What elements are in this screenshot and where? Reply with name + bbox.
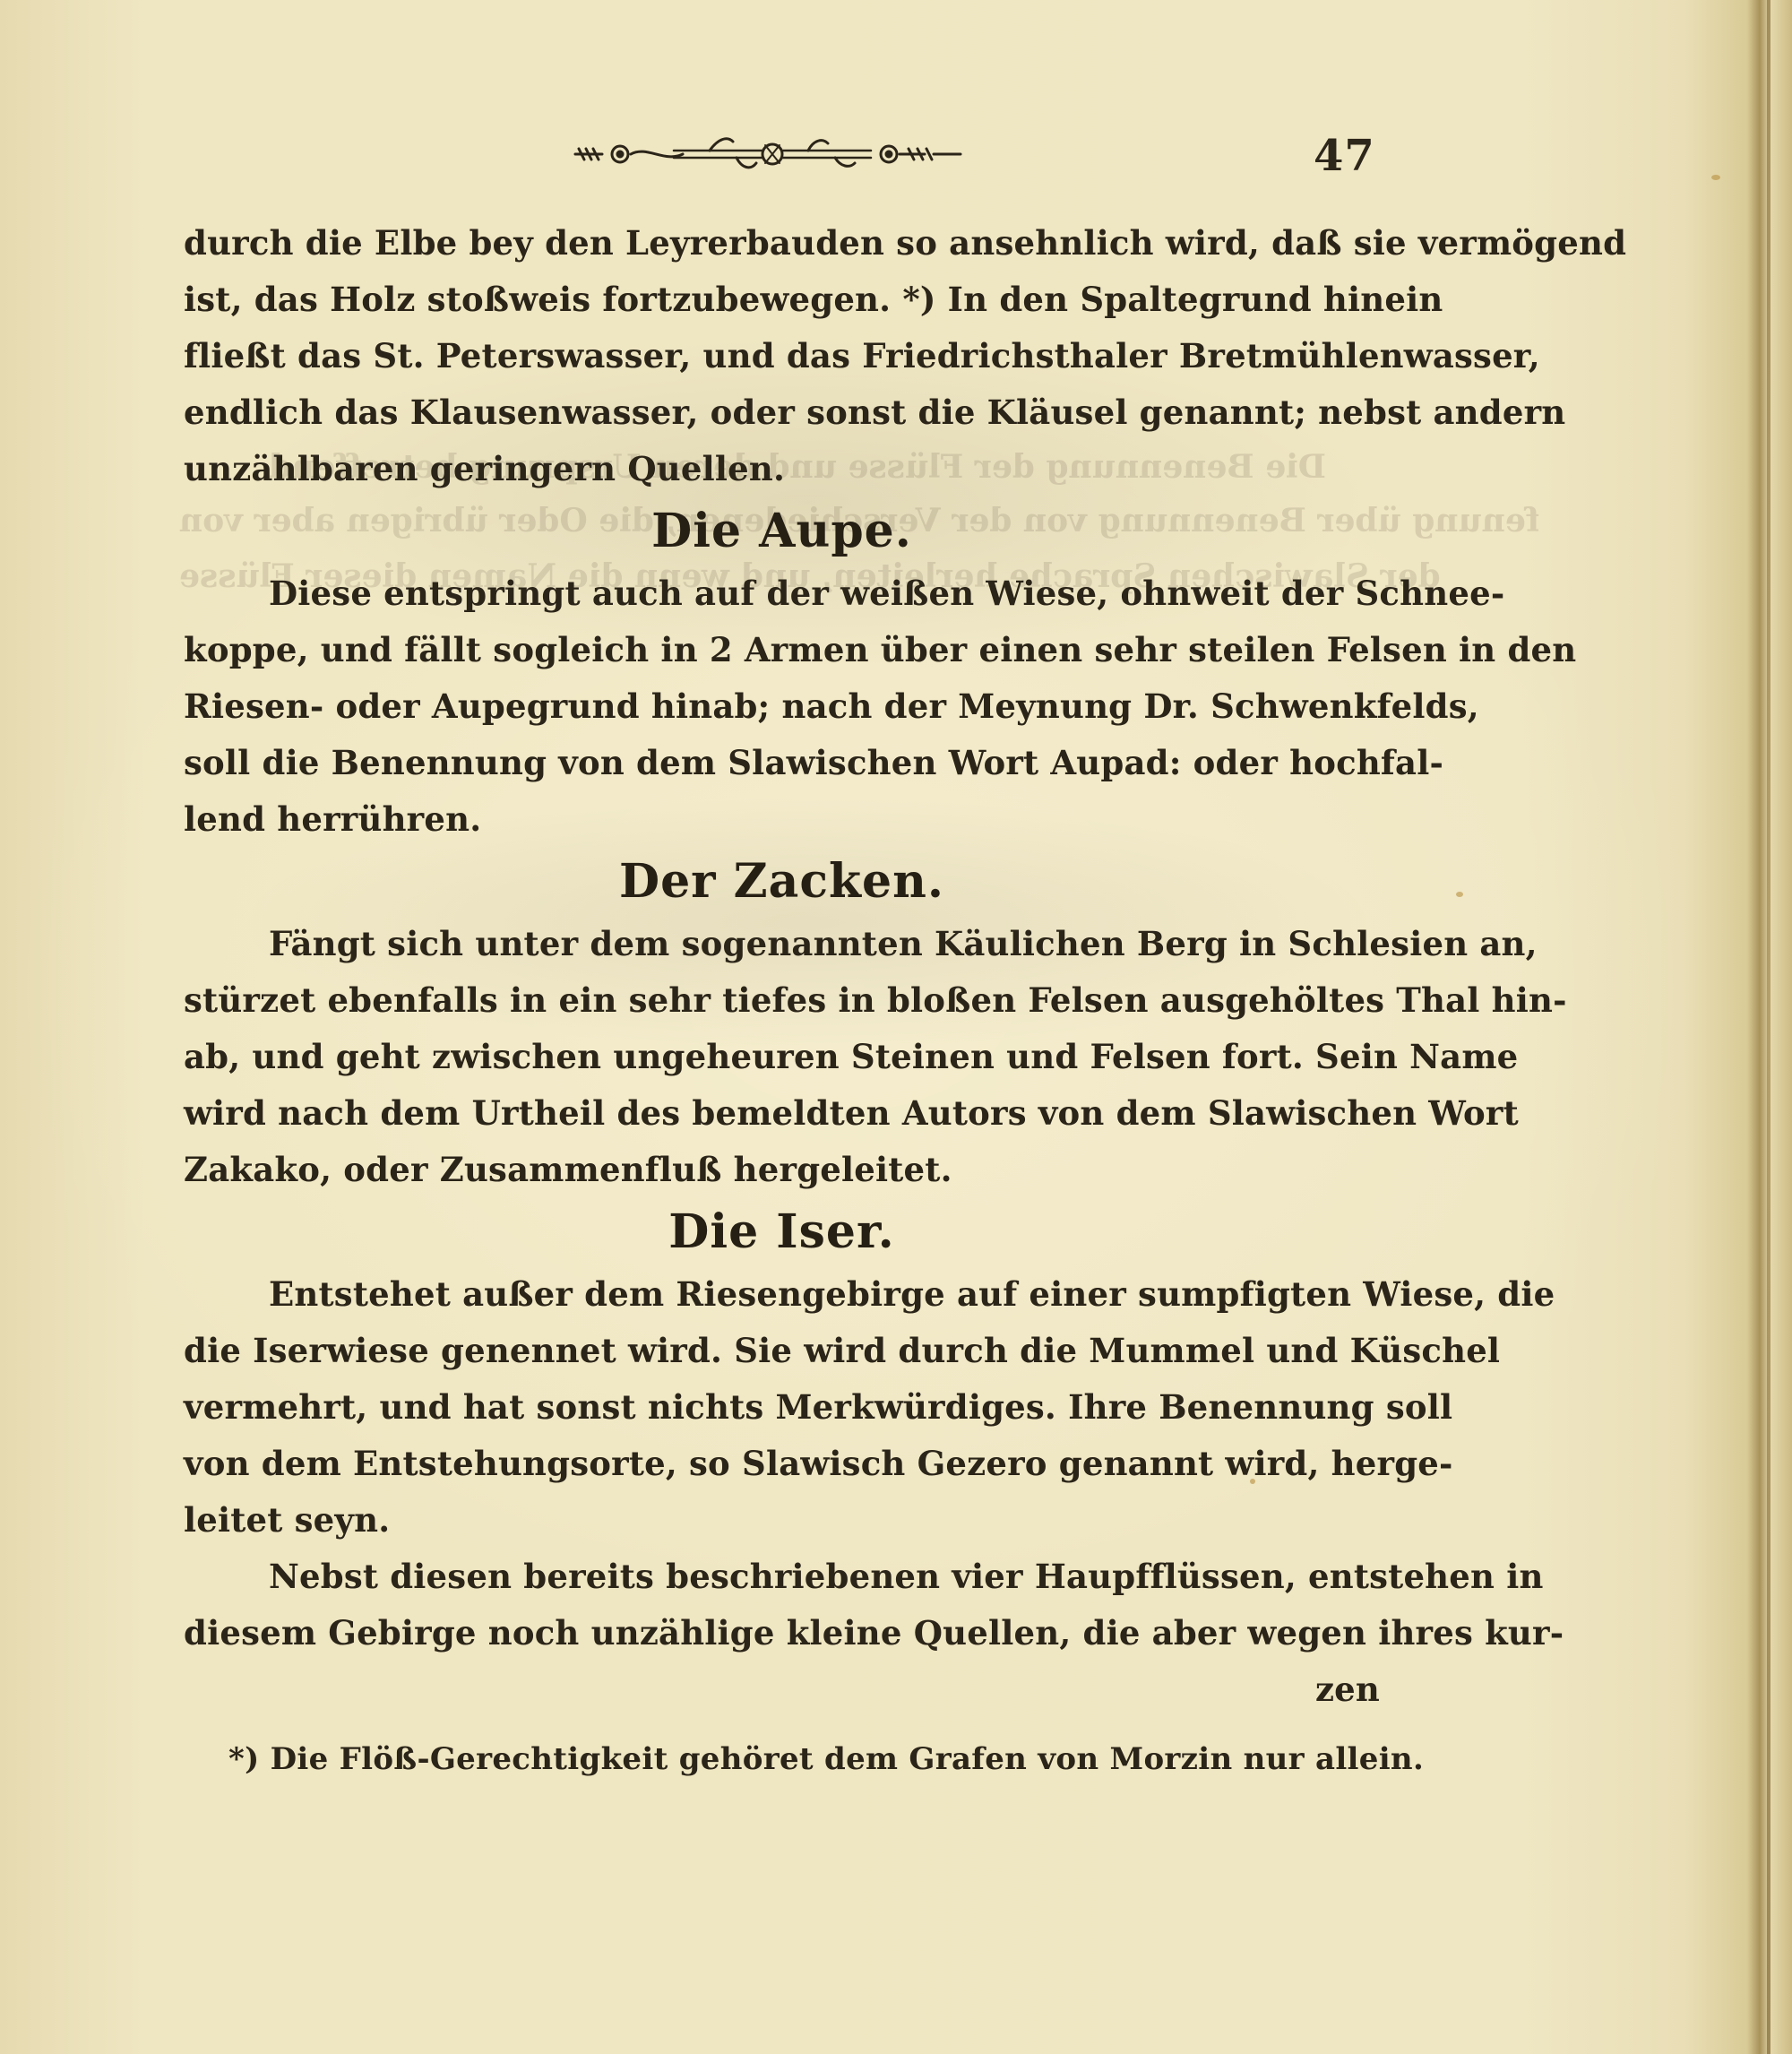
page-header: 47 (0, 125, 1792, 179)
text-line: fließt das St. Peterswasser, und das Fri… (184, 328, 1380, 384)
text-line: Zakako, oder Zusammenfluß hergeleitet. (184, 1142, 1380, 1198)
text-line: unzählbaren geringern Quellen. (184, 441, 1380, 497)
text-line: Diese entspringt auch auf der weißen Wie… (184, 565, 1380, 622)
decorative-vine-ornament-icon (566, 133, 978, 172)
text-line: soll die Benennung von dem Slawischen Wo… (184, 735, 1380, 791)
section-heading-iser: Die Iser. (184, 1198, 1380, 1266)
text-line: Entstehet außer dem Riesengebirge auf ei… (184, 1266, 1380, 1323)
text-line: vermehrt, und hat sonst nichts Merkwürdi… (184, 1379, 1380, 1436)
section-heading-zacken: Der Zacken. (184, 848, 1380, 916)
text-line: diesem Gebirge noch unzählige kleine Que… (184, 1605, 1380, 1661)
text-line: leitet seyn. (184, 1492, 1380, 1549)
text-line: ab, und geht zwischen ungeheuren Steinen… (184, 1029, 1380, 1085)
text-line: koppe, und fällt sogleich in 2 Armen übe… (184, 622, 1380, 678)
text-line: Riesen- oder Aupegrund hinab; nach der M… (184, 678, 1380, 735)
catchword: zen (184, 1661, 1380, 1718)
page-body: durch die Elbe bey den Leyrerbauden so a… (184, 215, 1380, 1718)
section-heading-aupe: Die Aupe. (184, 497, 1380, 565)
text-line: wird nach dem Urtheil des bemeldten Auto… (184, 1085, 1380, 1142)
text-line: lend herrühren. (184, 791, 1380, 848)
page-number: 47 (1314, 131, 1375, 181)
text-line: durch die Elbe bey den Leyrerbauden so a… (184, 215, 1380, 272)
paper-speck (1456, 892, 1463, 897)
text-line: endlich das Klausenwasser, oder sonst di… (184, 384, 1380, 441)
scanned-book-page: Die Benennung der Flüsse und deren Urspr… (0, 0, 1792, 2054)
text-line: die Iserwiese genennet wird. Sie wird du… (184, 1323, 1380, 1379)
text-line: stürzet ebenfalls in ein sehr tiefes in … (184, 972, 1380, 1029)
text-line: von dem Entstehungsorte, so Slawisch Gez… (184, 1436, 1380, 1492)
text-line: ist, das Holz stoßweis fortzubewegen. *)… (184, 272, 1380, 328)
footnote: *) Die Flöß-Gerechtigkeit gehöret dem Gr… (228, 1741, 1424, 1777)
page-gutter-edge (1767, 0, 1770, 2054)
text-line: Fängt sich unter dem sogenannten Käulich… (184, 916, 1380, 972)
text-line: Nebst diesen bereits beschriebenen vier … (184, 1549, 1380, 1605)
